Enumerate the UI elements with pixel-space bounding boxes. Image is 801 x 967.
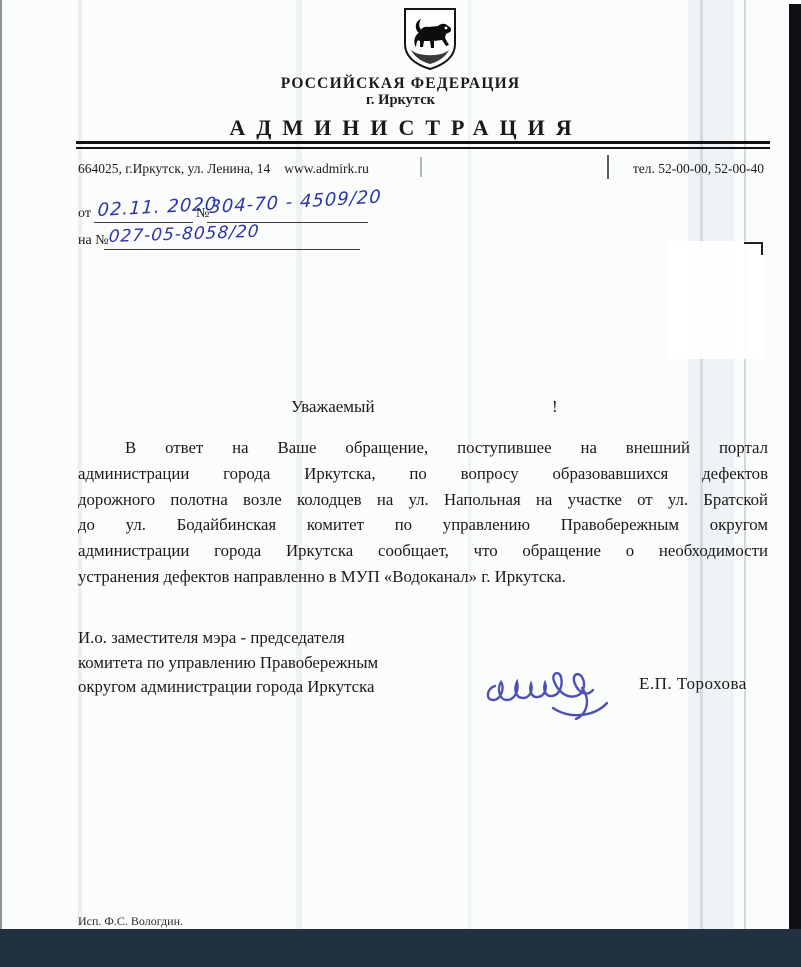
salutation-word: Уважаемый (291, 397, 375, 417)
scanned-letter-page: РОССИЙСКАЯ ФЕДЕРАЦИЯ г. Иркутск АДМИНИСТ… (0, 0, 801, 967)
body-line: администрации города Иркутска, по вопрос… (78, 461, 768, 487)
handwritten-outgoing-number: 304-70 - 4509/20 (209, 186, 382, 218)
addressee-corner-mark-icon (744, 242, 763, 255)
body-line: до ул. Бодайбинская комитет по управлени… (78, 512, 768, 538)
signature-ink-icon (483, 648, 648, 731)
date-underline (94, 222, 193, 223)
signoff-position: И.о. заместителя мэра - председателя ком… (78, 626, 478, 700)
letter-body: В ответ на Ваше обращение, поступившее н… (78, 435, 768, 590)
date-label: от (78, 206, 91, 222)
signoff-line: комитета по управлению Правобережным (78, 651, 478, 676)
signoff-line: округом администрации города Иркутска (78, 675, 478, 700)
signoff-line: И.о. заместителя мэра - председателя (78, 626, 478, 651)
irkutsk-coat-of-arms-icon (402, 7, 458, 76)
letterhead-address: 664025, г.Иркутск, ул. Ленина, 14www.adm… (78, 161, 369, 177)
letterhead-country: РОССИЙСКАЯ ФЕДЕРАЦИЯ (0, 75, 801, 93)
reply-number-underline (104, 249, 360, 250)
body-line: устранения дефектов направленно в МУП «В… (78, 564, 768, 590)
redacted-addressee-area (668, 241, 764, 359)
body-line: администрации города Иркутска сообщает, … (78, 538, 768, 564)
letterhead-city: г. Иркутск (0, 92, 801, 109)
handwritten-incoming-number: 027-05-8058/20 (108, 222, 260, 247)
scan-edge-left (0, 0, 2, 967)
scan-edge-bottom (0, 929, 801, 967)
scan-edge-right (789, 4, 801, 929)
postal-address: 664025, г.Иркутск, ул. Ленина, 14 (78, 161, 270, 176)
number-label: № (196, 206, 209, 222)
body-line: В ответ на Ваше обращение, поступившее н… (78, 435, 768, 461)
salutation-exclamation: ! (552, 397, 558, 417)
executor-note: Исп. Ф.С. Вологдин. (78, 914, 183, 929)
website-text: www.admirk.ru (284, 161, 369, 176)
header-divider-tick (420, 157, 422, 177)
header-double-rule (76, 141, 770, 149)
letterhead-phone: тел. 52-00-00, 52-00-40 (560, 161, 764, 177)
letterhead-org-title: АДМИНИСТРАЦИЯ (0, 115, 801, 141)
reply-to-label: на № (78, 233, 109, 249)
signer-name: Е.П. Торохова (639, 674, 747, 694)
body-line: дорожного полотна возле колодцев на ул. … (78, 487, 768, 513)
